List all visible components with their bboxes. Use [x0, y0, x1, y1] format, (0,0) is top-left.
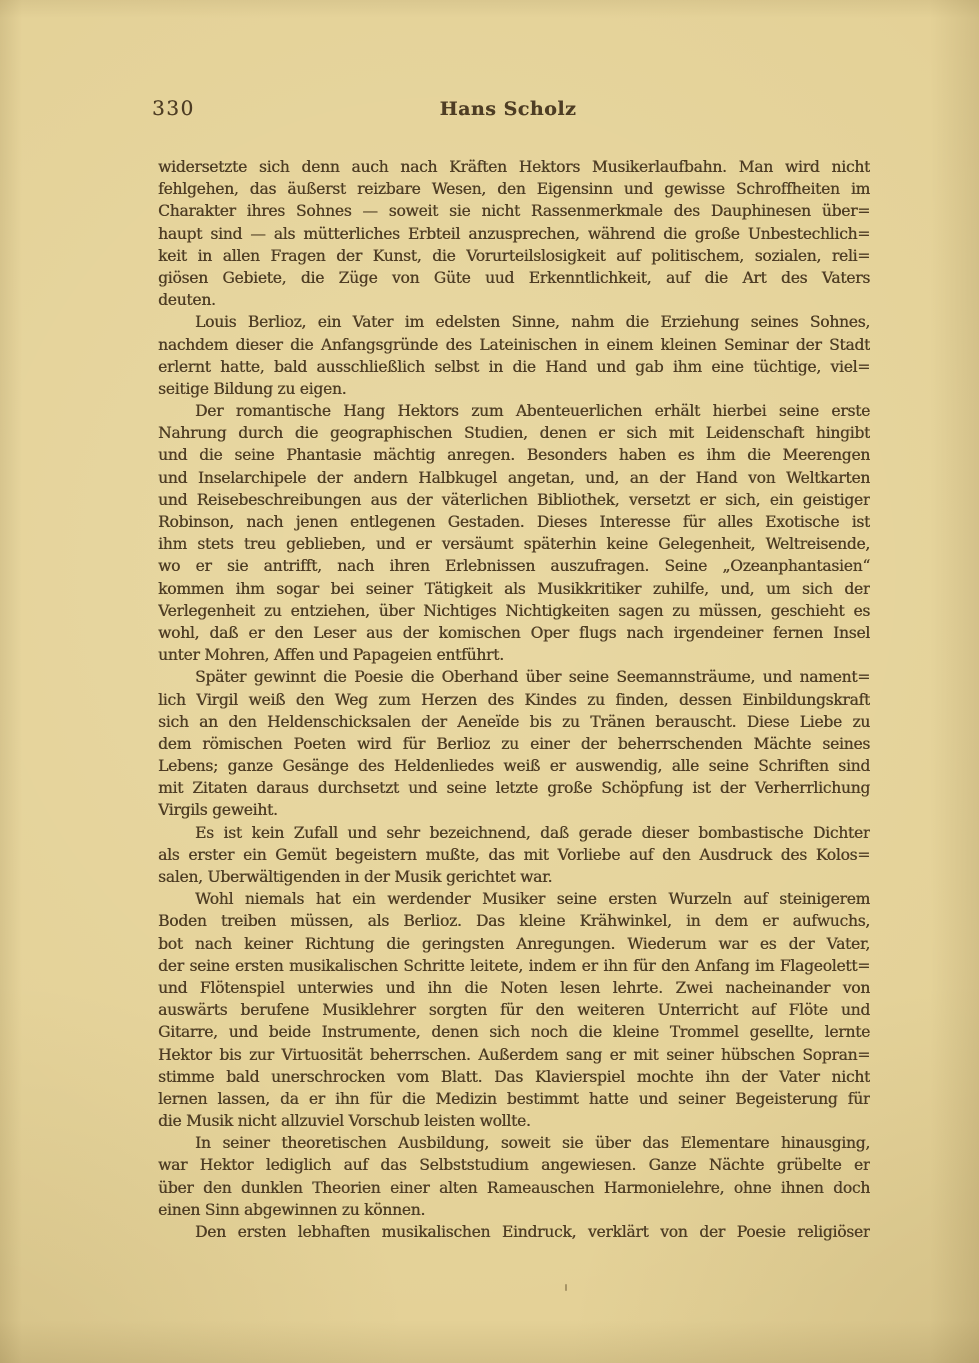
- stray-ink-mark: [565, 1284, 567, 1291]
- text-line: sich an den Heldenschicksalen der Aeneïd…: [158, 711, 870, 733]
- text-line: Hektor bis zur Virtuosität beherrschen. …: [158, 1044, 870, 1066]
- text-line: stimme bald unerschrocken vom Blatt. Das…: [158, 1066, 870, 1088]
- text-line: Virgils geweiht.: [158, 799, 870, 821]
- text-line: die Musik nicht allzuviel Vorschub leist…: [158, 1110, 870, 1132]
- text-line: erlernt hatte, bald ausschließlich selbs…: [158, 356, 870, 378]
- text-line: In seiner theoretischen Ausbildung, sowe…: [158, 1132, 870, 1154]
- text-line: unter Mohren, Affen und Papageien entfüh…: [158, 644, 870, 666]
- text-line: Verlegenheit zu entziehen, über Nichtige…: [158, 600, 870, 622]
- text-line: bot nach keiner Richtung die geringsten …: [158, 933, 870, 955]
- text-line: über den dunklen Theorien einer alten Ra…: [158, 1177, 870, 1199]
- text-line: Nahrung durch die geographischen Studien…: [158, 422, 870, 444]
- text-line: kommen ihm sogar bei seiner Tätigkeit al…: [158, 578, 870, 600]
- text-line: Louis Berlioz, ein Vater im edelsten Sin…: [158, 311, 870, 333]
- text-line: Wohl niemals hat ein werdender Musiker s…: [158, 888, 870, 910]
- paragraph: Den ersten lebhaften musikalischen Eindr…: [158, 1221, 870, 1243]
- text-line: Robinson, nach jenen entlegenen Gestaden…: [158, 511, 870, 533]
- text-line: Den ersten lebhaften musikalischen Eindr…: [158, 1221, 870, 1243]
- text-line: als erster ein Gemüt begeistern mußte, d…: [158, 844, 870, 866]
- text-line: und Flötenspiel unterwies und ihn die No…: [158, 977, 870, 999]
- body-text: widersetzte sich denn auch nach Kräften …: [158, 156, 870, 1243]
- paragraph: Louis Berlioz, ein Vater im edelsten Sin…: [158, 311, 870, 400]
- text-line: Gitarre, und beide Instrumente, denen si…: [158, 1021, 870, 1043]
- text-line: wohl, daß er den Leser aus der komischen…: [158, 622, 870, 644]
- text-line: keit in allen Fragen der Kunst, die Voru…: [158, 245, 870, 267]
- text-line: fehlgehen, das äußerst reizbare Wesen, d…: [158, 178, 870, 200]
- text-line: Boden treiben müssen, als Berlioz. Das k…: [158, 910, 870, 932]
- text-line: wo er sie antrifft, nach ihren Erlebniss…: [158, 555, 870, 577]
- text-line: lernen lassen, da er ihn für die Medizin…: [158, 1088, 870, 1110]
- text-line: Es ist kein Zufall und sehr bezeichnend,…: [158, 822, 870, 844]
- text-line: dem römischen Poeten wird für Berlioz zu…: [158, 733, 870, 755]
- text-line: auswärts berufene Musiklehrer sorgten fü…: [158, 999, 870, 1021]
- text-line: und die seine Phantasie mächtig anregen.…: [158, 444, 870, 466]
- running-head: Hans Scholz: [158, 98, 858, 120]
- paragraph: Wohl niemals hat ein werdender Musiker s…: [158, 888, 870, 1132]
- text-line: Lebens; ganze Gesänge des Heldenliedes w…: [158, 755, 870, 777]
- text-line: einen Sinn abgewinnen zu können.: [158, 1199, 870, 1221]
- text-line: Der romantische Hang Hektors zum Abenteu…: [158, 400, 870, 422]
- paragraph: Es ist kein Zufall und sehr bezeichnend,…: [158, 822, 870, 889]
- text-line: mit Zitaten daraus durchsetzt und seine …: [158, 777, 870, 799]
- text-line: salen, Uberwältigenden in der Musik geri…: [158, 866, 870, 888]
- text-line: seitige Bildung zu eigen.: [158, 378, 870, 400]
- paragraph: Später gewinnt die Poesie die Oberhand ü…: [158, 666, 870, 821]
- text-line: deuten.: [158, 289, 870, 311]
- paragraph: In seiner theoretischen Ausbildung, sowe…: [158, 1132, 870, 1221]
- book-page: 330 Hans Scholz widersetzte sich denn au…: [0, 0, 979, 1363]
- text-line: Charakter ihres Sohnes — soweit sie nich…: [158, 200, 870, 222]
- text-line: und Inselarchipele der andern Halbkugel …: [158, 467, 870, 489]
- text-line: war Hektor lediglich auf das Selbststudi…: [158, 1154, 870, 1176]
- text-line: und Reisebeschreibungen aus der väterlic…: [158, 489, 870, 511]
- text-line: der seine ersten musikalischen Schritte …: [158, 955, 870, 977]
- text-line: nachdem dieser die Anfangsgründe des Lat…: [158, 334, 870, 356]
- paragraph: widersetzte sich denn auch nach Kräften …: [158, 156, 870, 311]
- text-line: haupt sind — als mütterliches Erbteil an…: [158, 223, 870, 245]
- text-line: widersetzte sich denn auch nach Kräften …: [158, 156, 870, 178]
- text-line: ihm stets treu geblieben, und er versäum…: [158, 533, 870, 555]
- text-line: lich Virgil weiß den Weg zum Herzen des …: [158, 689, 870, 711]
- text-line: giösen Gebiete, die Züge von Güte uud Er…: [158, 267, 870, 289]
- text-line: Später gewinnt die Poesie die Oberhand ü…: [158, 666, 870, 688]
- paragraph: Der romantische Hang Hektors zum Abenteu…: [158, 400, 870, 666]
